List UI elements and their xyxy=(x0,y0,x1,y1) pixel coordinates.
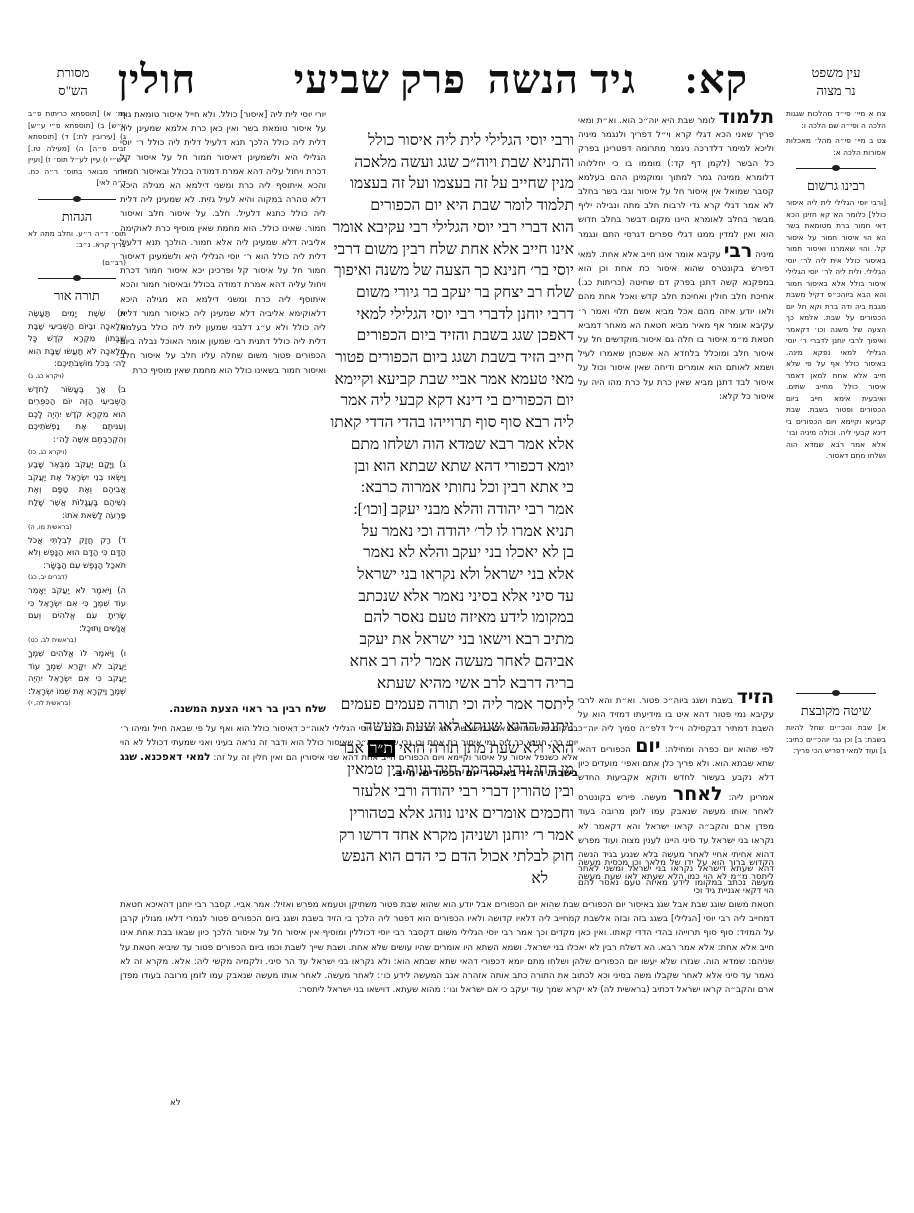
gemara-line: אלא בני ישראל ולא נקראו בני ישראל xyxy=(316,564,574,586)
tosafot-text: לומר שבת היא יוה״כ הוא. וא״ת ומאי פריך ש… xyxy=(578,116,774,260)
ornament-divider xyxy=(796,689,876,697)
gemara-line: חייב הזיד בשבת ושגג ביום הכפורים פטור xyxy=(316,347,574,369)
gemara-line: אינו חייב אלא אחת שלח רבין משום דרבי xyxy=(316,239,574,261)
rashi-lower-block: במקום שנשנית שם אלא משובשת היא ודבר זה ו… xyxy=(120,722,578,892)
gemara-line: תלמוד לומר שבת היא יום הכפורים xyxy=(316,195,574,217)
ein-mishpat-entry: צט ב מיי׳ פי״ה מהל׳ מאכלות אסורות הלכה א… xyxy=(786,135,886,158)
torah-or-verse: ד) רַק חֲזַק לְבִלְתִּי אֲכֹל הַדָּם כִּ… xyxy=(28,534,126,572)
ein-mishpat-entry: צח א מיי׳ פי״ד מהלכות שגגות הלכה ה ופי״ה… xyxy=(786,108,886,131)
tosafot-dibur-hezid: הזיד xyxy=(737,688,774,708)
torah-or-ref: (בראשית לה, י) xyxy=(28,697,126,710)
gemara-line: ורבי יוסי הגלילי לית ליה איסור כולל xyxy=(316,130,574,152)
torah-or-title: תורה אור xyxy=(28,288,126,304)
gemara-line: מאי טעמא אמר אביי שבת קביעא וקיימא xyxy=(316,369,574,391)
gemara-line: מתיב רבא וישאו בני ישראל את יעקב xyxy=(316,629,574,651)
gemara-line: הוא דברי רבי יוסי הגלילי רבי עקיבא אומר xyxy=(316,217,574,239)
torah-or-ref: (בראשית לב, כט) xyxy=(28,634,126,647)
tosafot-text: עקיבא אומר אינו חייב אלא אחת. למאי דפירש… xyxy=(578,250,774,402)
gemara-line: אלא אמר רבא שמדא הוה ושלחו מתם xyxy=(316,434,574,456)
right-margin-title-line2: נר מצוה xyxy=(786,82,886,100)
rashi-text: יורי יוסי לית ליה [איסור] כולל. ולא חייל… xyxy=(120,110,326,248)
gemara-line: והתניא שבת ויוה״כ שגג ועשה מלאכה xyxy=(316,152,574,174)
perek-name: גיד הנשה xyxy=(488,58,636,102)
tosafot-dibur-talmud: תלמוד xyxy=(718,108,774,128)
gemara-line: כי אתא רבין וכל נחותי אמרוה כרבא: xyxy=(316,477,574,499)
torah-or-ref: (ויקרא כג, ג) xyxy=(28,370,126,383)
tosafot-text: הקדוש ברוך הוא על ידו של מלאך וכן מכסית … xyxy=(578,858,774,896)
gemara-line: בריה דרבא לרב אשי מהיא שעתא xyxy=(316,673,574,695)
page-catchword: לא xyxy=(170,1096,181,1110)
shita-mekubetzet-text: א] שבת והכ״ים שחל להיות בשבת: ב] וכן גבי… xyxy=(786,722,886,757)
torah-or-ref: (בראשית מו, ה) xyxy=(28,521,126,534)
torah-or-verse: ו) וַיֹּאמֶר לוֹ אֱלֹהִים שִׁמְךָ יַעֲקֹ… xyxy=(28,647,126,697)
gemara-line: יוסי בר׳ חנינא כך הצעה של משנה ואיפוך xyxy=(316,260,574,282)
torah-or-verse: א) שֵׁשֶׁת יָמִים תַּעָשֶׂה מְלָאכָה וּב… xyxy=(28,307,126,370)
gemara-line: אביהם לאחר מעשה אמר ליה רב אחא xyxy=(316,651,574,673)
rabbeinu-gershom-title: רבינו גרשום xyxy=(786,178,886,194)
left-margin-column: גמ׳ א) [תוספתא כריתות פ״ב ע״ש] ב) [תוספת… xyxy=(28,108,126,710)
shita-mekubetzet-title: שיטה מקובצת xyxy=(786,703,886,719)
tosafot-column: תלמוד לומר שבת היא יוה״כ הוא. וא״ת ומאי … xyxy=(578,108,774,688)
gemara-line: ליה רבא סוף סוף תרוייהו בהדי הדדי קאתו xyxy=(316,412,574,434)
bottom-commentary-text: חטאת משום שוגג שבת אבל שגג באיסור יום הכ… xyxy=(120,900,774,995)
rabbeinu-gershom-text: [ורבי יוסי הגלילי לית ליה איסור כולל] כל… xyxy=(786,197,886,673)
left-margin-title-line2: הש"ס xyxy=(38,82,108,100)
hagahot-text: תוס׳ ד״ה ר״ע. וחלב מתה לא צריך קרא. נ״ב: xyxy=(28,228,126,251)
tosafot-dibur-yom: יום xyxy=(635,735,660,757)
gemara-line: תניא אמרו לו לר׳ יהודה וכי נאמר על xyxy=(316,521,574,543)
gemara-line: אמר רבי יהודה והלא מבני יעקב [וכו׳]: xyxy=(316,499,574,521)
left-margin-title: מסורת הש"ס xyxy=(38,64,108,100)
gemara-line: יומא דכפורי דהא שתא שבתא הוא ובן xyxy=(316,456,574,478)
left-margin-title-line1: מסורת xyxy=(38,64,108,82)
masoret-hashas-text: גמ׳ א) [תוספתא כריתות פ״ב ע״ש] ב) [תוספת… xyxy=(28,108,126,189)
perek-label: פרק xyxy=(400,58,466,102)
gemara-line: שלח רב יצחק בר יעקב בר גיורי משום xyxy=(316,282,574,304)
gemara-line: ליתסר אמר ליה וכי תורה פעמים פעמים xyxy=(316,694,574,716)
tosafot-dibur-rabbi: רבי xyxy=(724,240,752,262)
torah-or-entry: א) שֵׁשֶׁת יָמִים תַּעָשֶׂה מְלָאכָה וּב… xyxy=(28,307,126,710)
torah-or-verse: ב) אַךְ בֶּעָשׂוֹר לַחֹדֶשׁ הַשְּׁבִיעִי… xyxy=(28,383,126,446)
hagahot-title: הגהות xyxy=(28,209,126,225)
gemara-line: במקומו לידע מאיזה טעם נאסר להם xyxy=(316,607,574,629)
rashi-lower-heading: שלח רבין בר ראוי הצעת המשנה. xyxy=(120,702,326,717)
rashi-dibur: חייב. xyxy=(392,767,415,779)
ornament-divider xyxy=(796,164,876,172)
torah-or-ref: (דברים יב, כג) xyxy=(28,571,126,584)
ornament-divider xyxy=(38,274,116,282)
tractate-title: חולין xyxy=(118,58,196,102)
right-margin-title-line1: עין משפט xyxy=(786,64,886,82)
gemara-line: יום הכפורים בי דינא דקא קבעי ליה אמר xyxy=(316,390,574,412)
right-margin-title: עין משפט נר מצוה xyxy=(786,64,886,100)
hagahot-ref: (רב״ם) xyxy=(28,257,126,269)
tosafot-lower-continuation: הקדוש ברוך הוא על ידו של מלאך וכן מכסית … xyxy=(578,856,774,896)
right-margin-column: צח א מיי׳ פי״ד מהלכות שגגות הלכה ה ופי״ה… xyxy=(786,108,886,757)
rashi-column: יורי יוסי לית ליה [איסור] כולל. ולא חייל… xyxy=(120,108,326,702)
bottom-commentary: חטאת משום שוגג שבת אבל שגג באיסור יום הכ… xyxy=(120,898,774,1092)
torah-or-verse: ג) וַיָּקָם יַעֲקֹב מִבְּאֵר שָׁבַע וַיִ… xyxy=(28,458,126,521)
tosafot-dibur-leachar: לאחר xyxy=(673,783,723,805)
gemara-line: מנין שחייב על זה בעצמו ועל זה בעצמו xyxy=(316,173,574,195)
daf-number: קא: xyxy=(685,58,748,102)
torah-or-verse: ה) וַיֹּאמֶר לֹא יַעֲקֹב יֵאָמֵר עוֹד שִ… xyxy=(28,584,126,634)
perek-number: שביעי xyxy=(294,58,390,102)
ornament-divider xyxy=(38,195,116,203)
gemara-line: דרבי יוחנן לדברי רבי יוסי הגלילי למאי xyxy=(316,304,574,326)
torah-or-ref: (ויקרא כג, כז) xyxy=(28,446,126,459)
gemara-line: דאפכן שגג בשבת והזיד ביום הכפורים xyxy=(316,325,574,347)
rashi-text: הולכך תנא דלעיל דלית ליה כולל הוא ר׳ יוס… xyxy=(120,238,326,376)
rashi-dibur: והזיד באיסור יום הכפורים. xyxy=(418,767,544,779)
rashi-dibur: שלח רבין בר ראוי הצעת המשנה. xyxy=(169,703,326,715)
gemara-line: בן לא יאכלו בני יעקב והלא לא נאמר xyxy=(316,542,574,564)
rashi-dibur: למאי דאפכנא. xyxy=(140,751,210,763)
gemara-line: עד סיני אלא בסיני נאמר אלא שנכתב xyxy=(316,586,574,608)
